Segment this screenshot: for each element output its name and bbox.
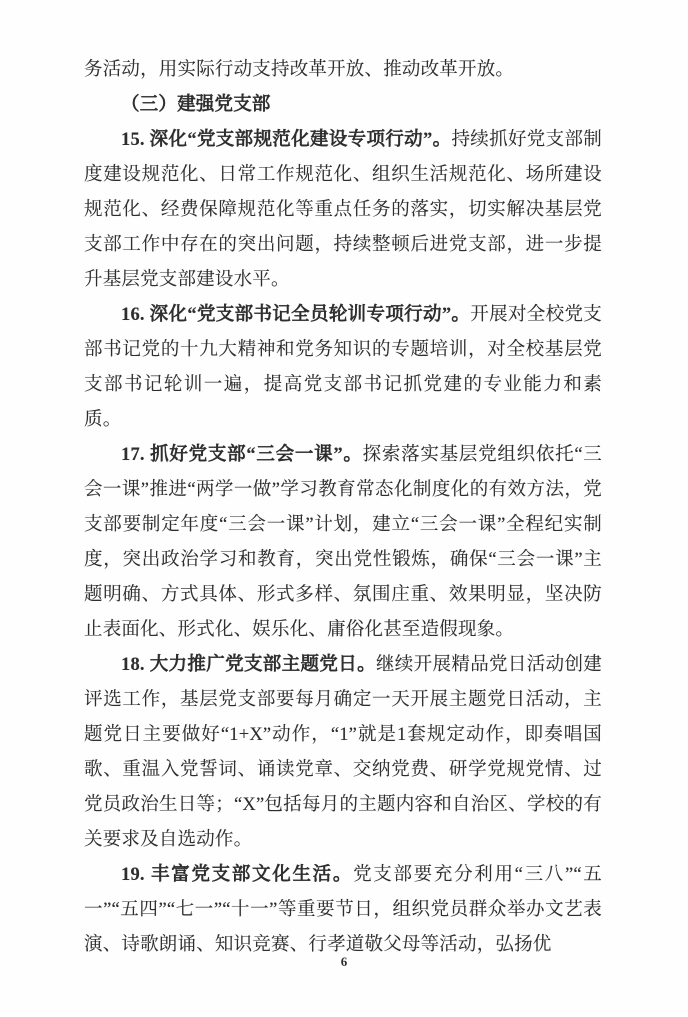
paragraph-15-lead: 15. 深化“党支部规范化建设专项行动”。 [121,130,451,150]
paragraph-16: 16. 深化“党支部书记全员轮训专项行动”。开展对全校党支部书记党的十九大精神和… [84,298,602,438]
page-number: 6 [0,954,688,970]
document-body: 务活动，用实际行动支持改革开放、推动改革开放。 （三）建强党支部 15. 深化“… [84,53,602,963]
paragraph-continuation: 务活动，用实际行动支持改革开放、推动改革开放。 [84,53,602,88]
paragraph-17-lead: 17. 抓好党支部“三会一课”。 [121,445,363,465]
paragraph-18-lead: 18. 大力推广党支部主题党日。 [121,655,376,675]
paragraph-16-lead: 16. 深化“党支部书记全员轮训专项行动”。 [121,305,470,325]
paragraph-17-body: 探索落实基层党组织依托“三会一课”推进“两学一做”学习教育常态化制度化的有效方法… [84,445,602,640]
paragraph-19-lead: 19. 丰富党支部文化生活。 [121,865,353,885]
paragraph-18: 18. 大力推广党支部主题党日。继续开展精品党日活动创建评选工作，基层党支部要每… [84,648,602,858]
paragraph-15-body: 持续抓好党支部制度建设规范化、日常工作规范化、组织生活规范化、场所建设规范化、经… [84,130,602,290]
section-heading: （三）建强党支部 [84,88,602,123]
paragraph-19: 19. 丰富党支部文化生活。党支部要充分利用“三八”“五一”“五四”“七一”“十… [84,858,602,963]
paragraph-15: 15. 深化“党支部规范化建设专项行动”。持续抓好党支部制度建设规范化、日常工作… [84,123,602,298]
document-page: 务活动，用实际行动支持改革开放、推动改革开放。 （三）建强党支部 15. 深化“… [0,0,688,1017]
paragraph-17: 17. 抓好党支部“三会一课”。探索落实基层党组织依托“三会一课”推进“两学一做… [84,438,602,648]
paragraph-18-body: 继续开展精品党日活动创建评选工作，基层党支部要每月确定一天开展主题党日活动，主题… [84,655,602,850]
